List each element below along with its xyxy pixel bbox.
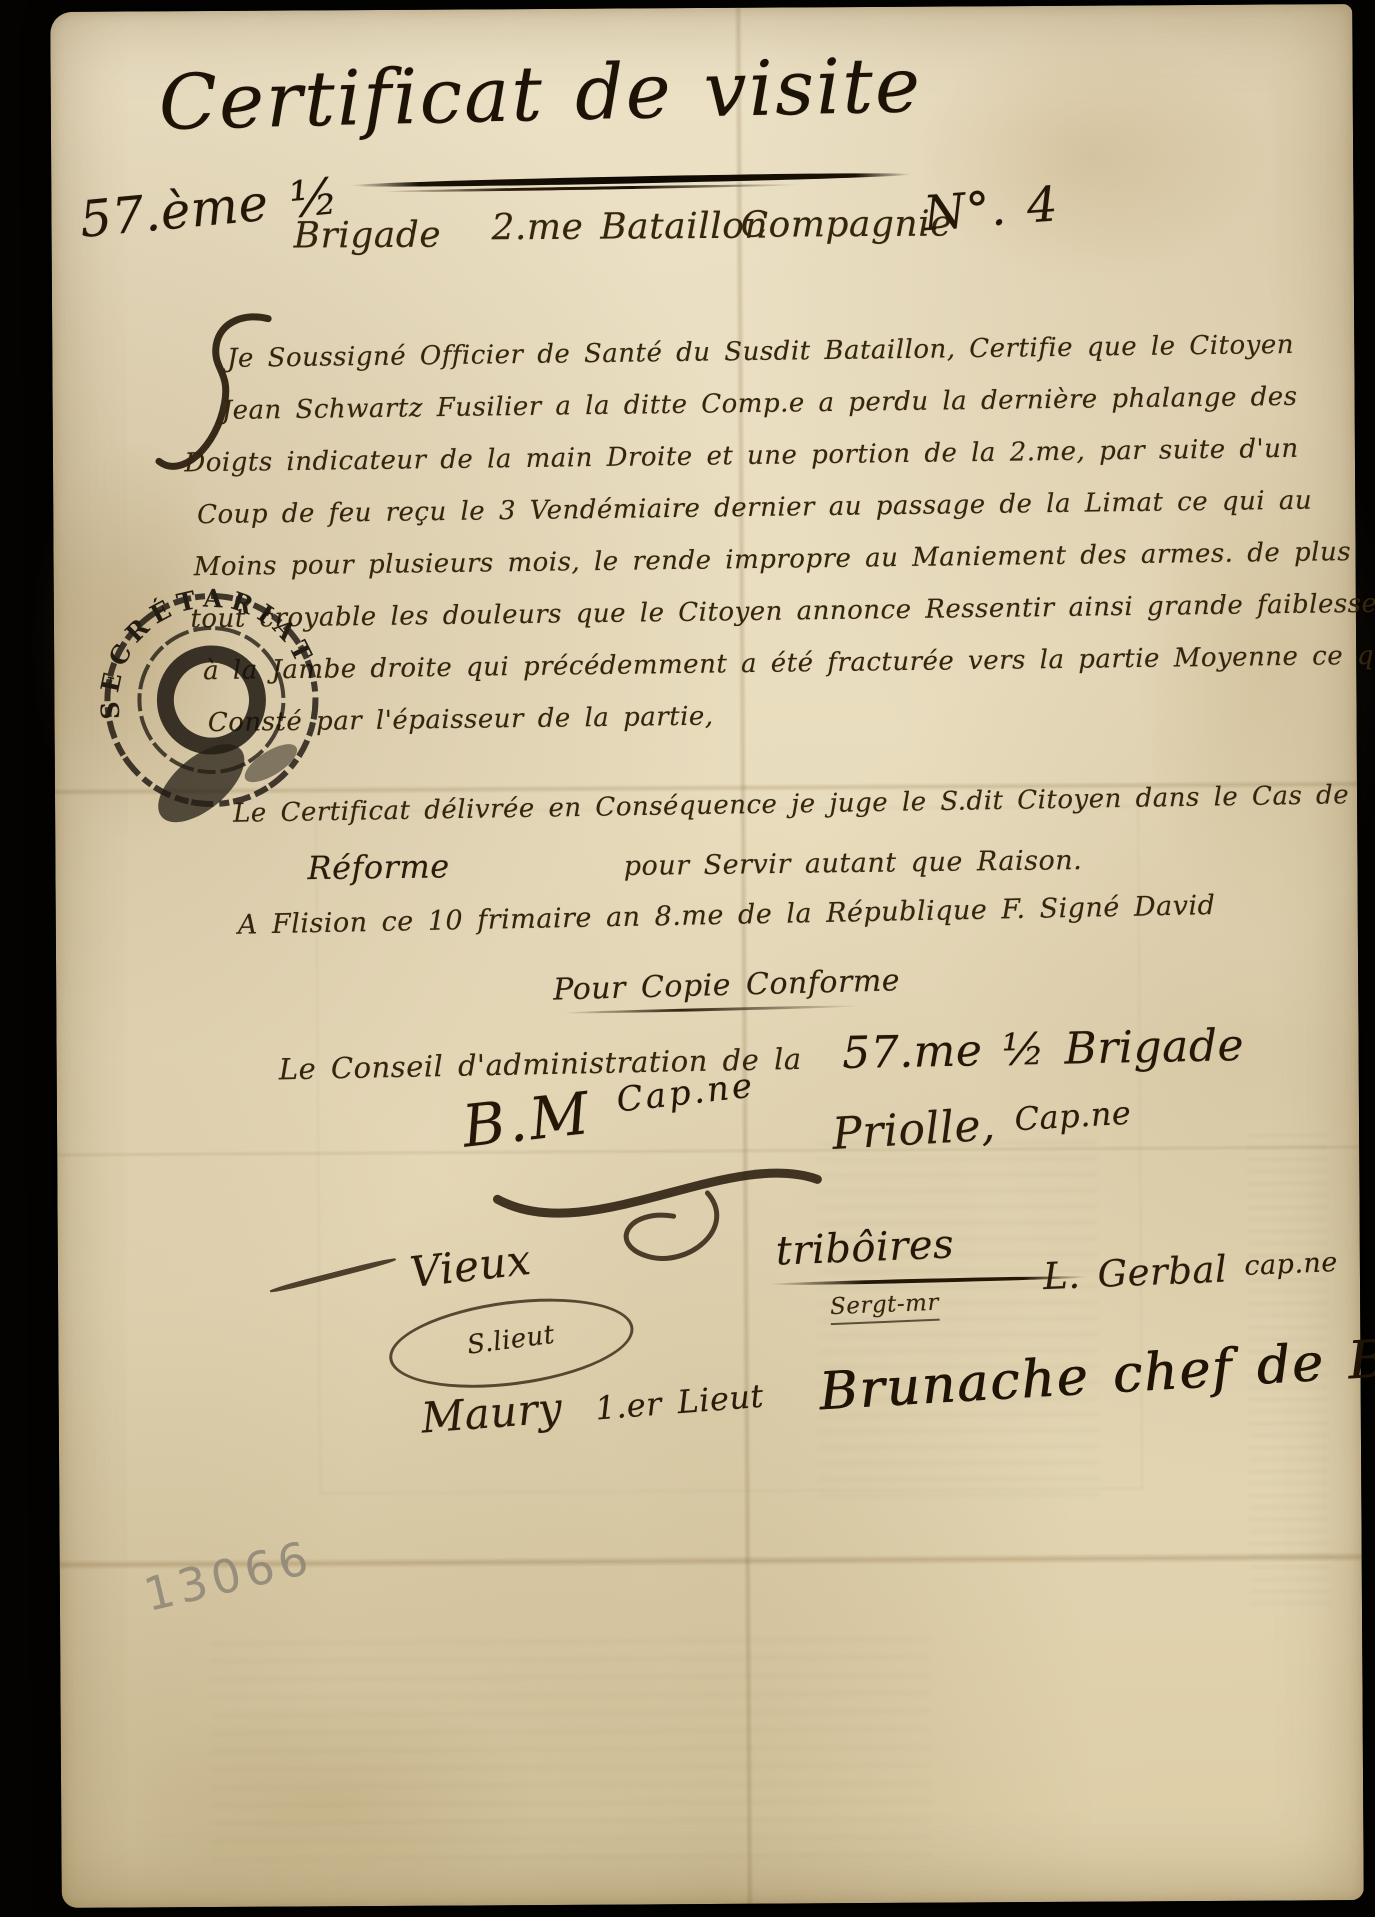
closing-line: Le Certificat délivrée en Conséquence je… — [233, 780, 1349, 829]
signature-brigade-chief: Brunache chef de B.de — [817, 1324, 1375, 1422]
signature-gerbal-rank: cap.ne — [1244, 1247, 1339, 1282]
reforme-line: Réforme pour Servir autant que Raison. — [307, 839, 1082, 887]
paper-stain — [900, 14, 1282, 296]
signature-vieux-dashes — [269, 1256, 396, 1294]
unit-company-label: Compagnie — [740, 203, 952, 245]
council-line: Le Conseil d'administration de la 57.me … — [278, 1020, 1244, 1090]
manuscript-paper: Certificat de visite 57.ème ½ Brigade 2.… — [50, 4, 1364, 1908]
reforme-rest: pour Servir autant que Raison. — [624, 845, 1083, 882]
signature-triboires: tribôires — [775, 1221, 955, 1274]
signature-triboires-rank: Sergt-mr — [830, 1290, 940, 1325]
fold-crease-vertical — [734, 8, 754, 1904]
signature-paraph-rank: S.lieut — [465, 1320, 556, 1361]
inventory-number: 13066 — [139, 1530, 318, 1622]
signature-priolle-name: Priolle, — [831, 1100, 997, 1160]
reforme-label: Réforme — [307, 847, 450, 887]
signature-maury-rank: 1.er Lieut — [594, 1377, 765, 1428]
unit-battalion: 2.me Bataillon — [491, 206, 768, 249]
body-paragraph: Je Soussigné Officier de Santé du Susdit… — [183, 318, 1375, 750]
verso-bleedthrough — [210, 1627, 931, 1861]
signature-gerbal-name: L. Gerbal — [1042, 1248, 1228, 1299]
paper-stain — [120, 1689, 541, 1917]
signature-gerbal: L. Gerbal cap.ne — [1042, 1243, 1339, 1298]
photo-background: { "colors": { "background": "#040302", "… — [0, 0, 1375, 1917]
signature-maury-name: Maury — [419, 1383, 564, 1443]
council-unit: 57.me ½ Brigade — [842, 1020, 1245, 1079]
signature-priolle-rank: Cap.ne — [1013, 1094, 1132, 1139]
signature-priolle: Priolle, Cap.ne — [831, 1092, 1133, 1160]
signature-bm-rank: Cap.ne — [615, 1065, 757, 1120]
unit-company-number: N°. 4 — [922, 176, 1060, 242]
document-title: Certificat de visite — [158, 40, 923, 147]
date-line: A Flision ce 10 frimaire an 8.me de la R… — [238, 890, 1216, 941]
copy-certification: Pour Copie Conforme — [553, 963, 901, 1007]
unit-brigade-label: Brigade — [293, 215, 441, 257]
